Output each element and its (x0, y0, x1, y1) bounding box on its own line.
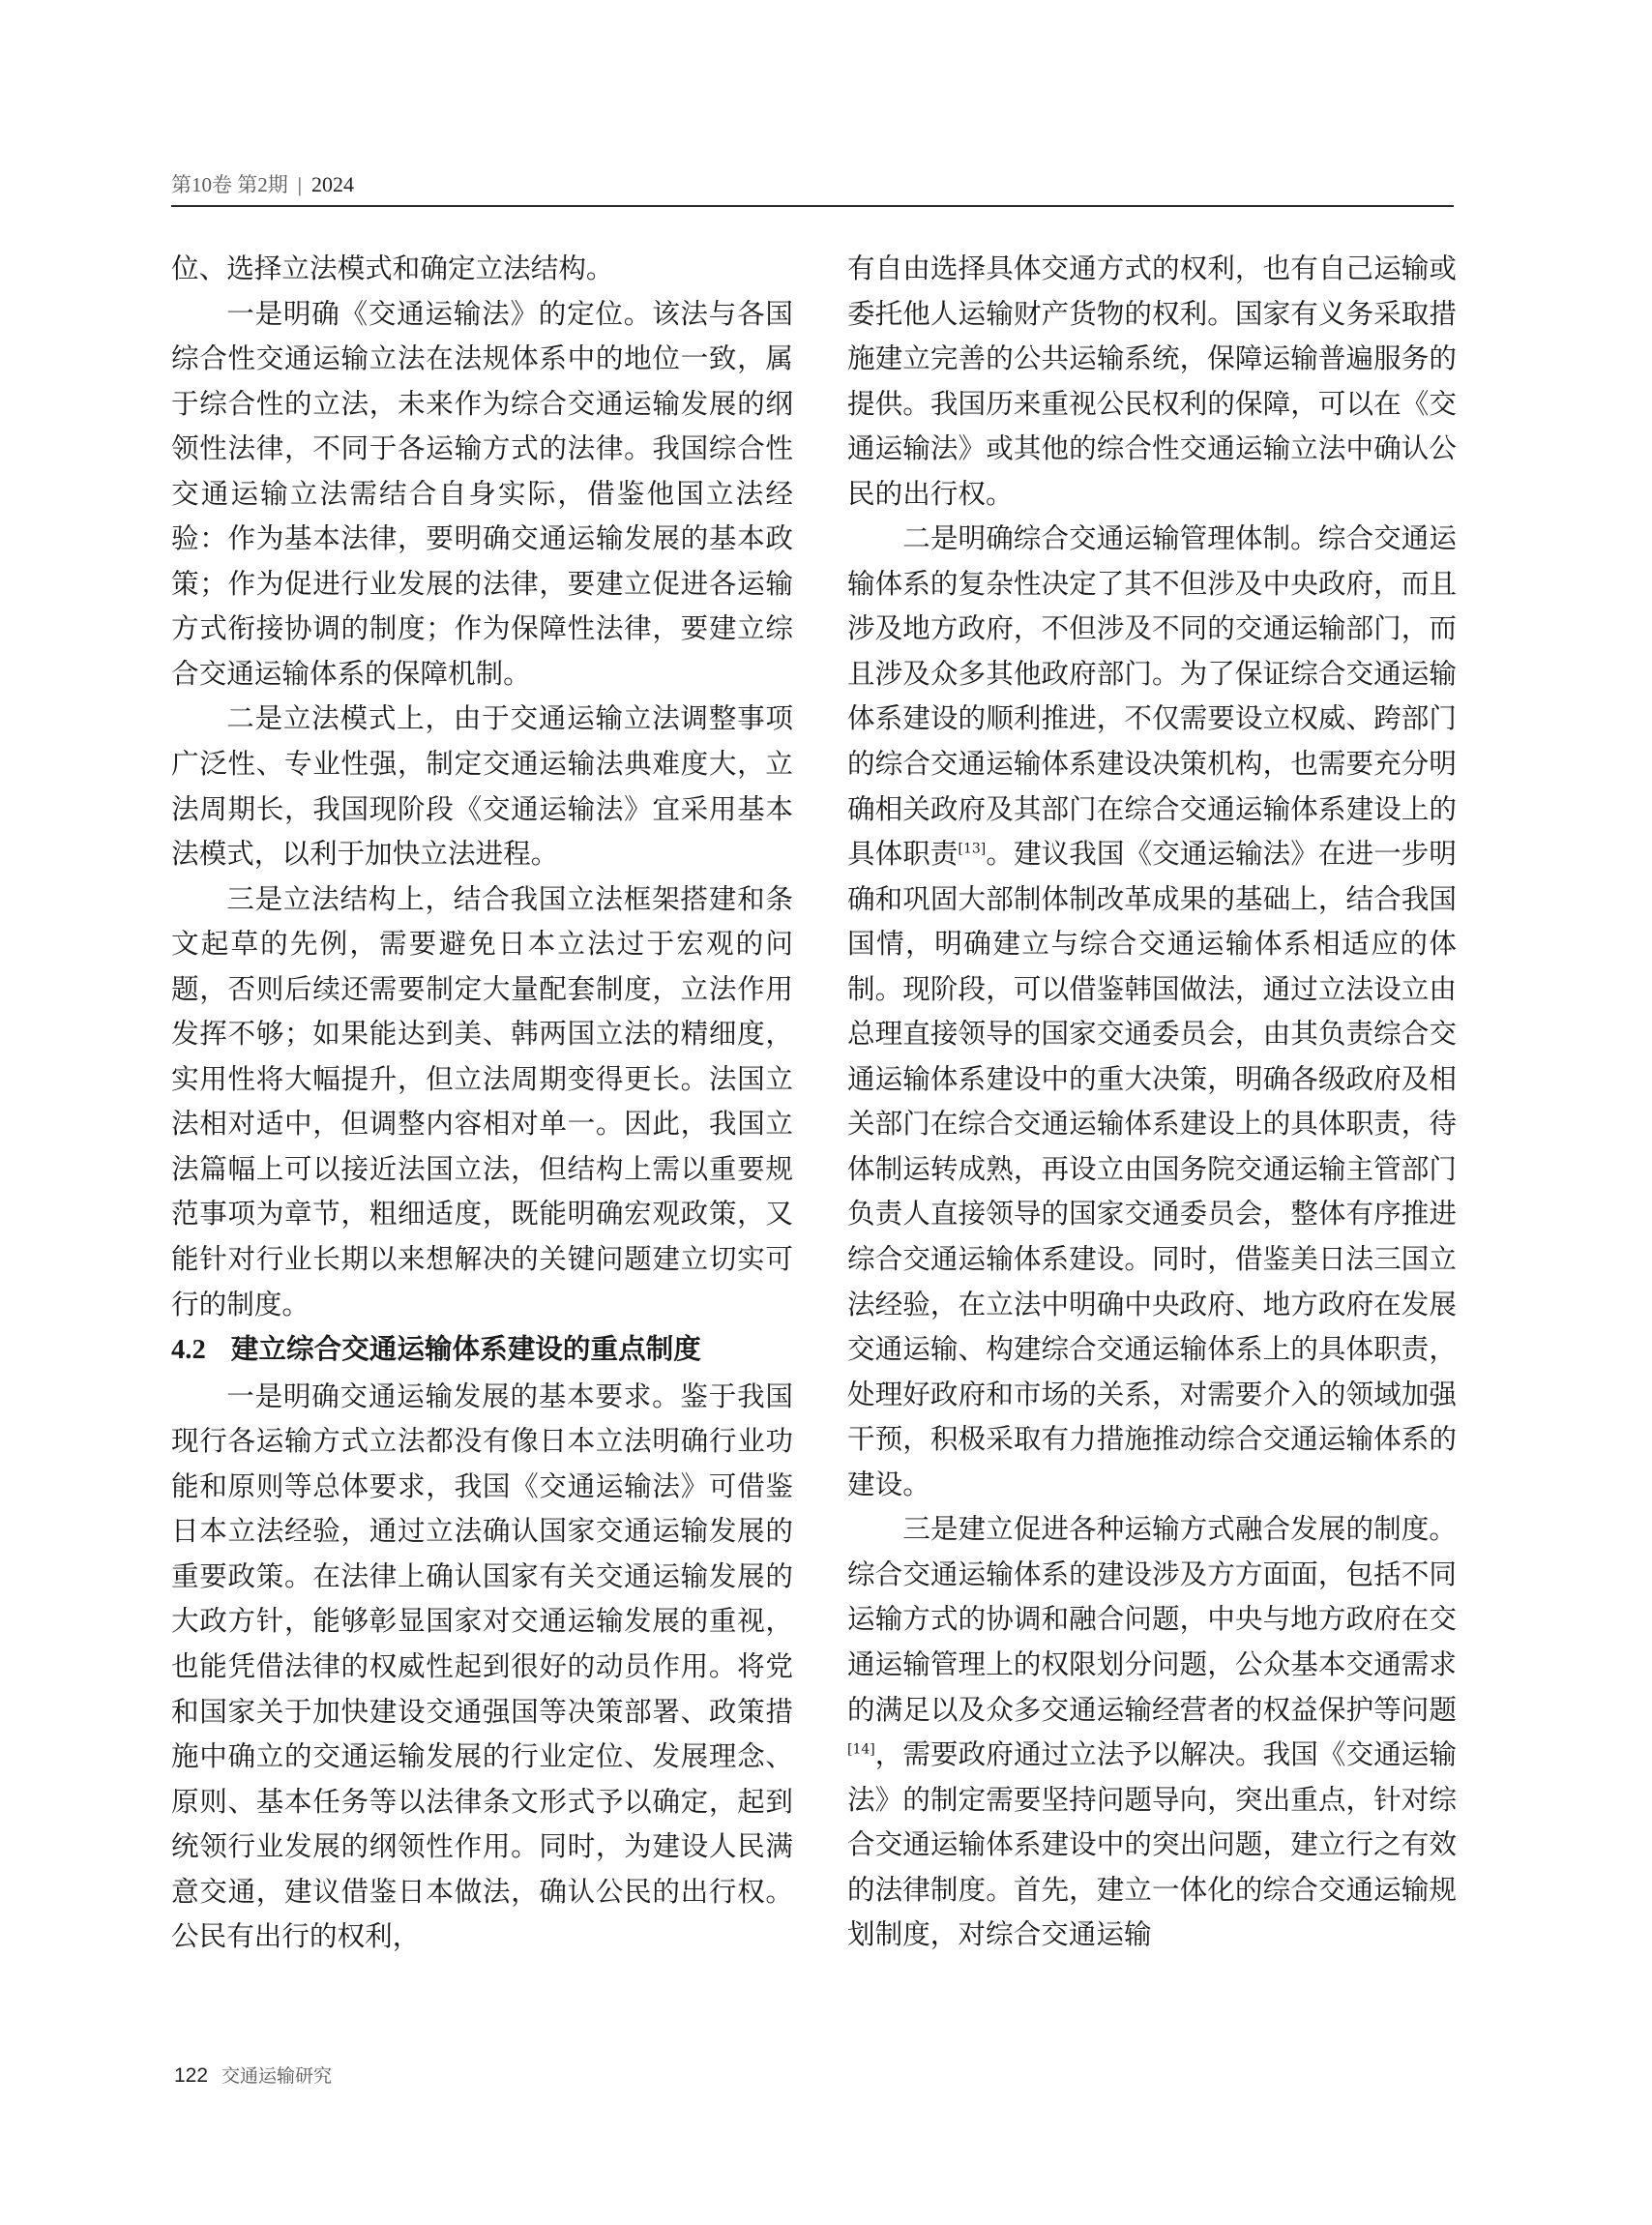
header-rule (171, 205, 1454, 207)
citation-14[interactable]: [14] (847, 1742, 875, 1758)
section-title: 建立综合交通运输体系建设的重点制度 (231, 1332, 701, 1365)
paragraph-continued: 位、选择立法模式和确定立法结构。 (171, 246, 793, 291)
paragraph-legal-positioning: 一是明确《交通运输法》的定位。该法与各国综合性交通运输立法在法规体系中的地位一致… (171, 291, 793, 697)
text-run: 二是明确综合交通运输管理体制。综合交通运输体系的复杂性决定了其不但涉及中央政府，… (847, 521, 1457, 870)
paragraph-legislative-model: 二是立法模式上，由于交通运输立法调整事项广泛性、专业性强，制定交通运输法典难度大… (171, 696, 793, 875)
paragraph-integrated-development: 三是建立促进各种运输方式融合发展的制度。综合交通运输体系的建设涉及方方面面，包括… (847, 1506, 1457, 1956)
running-header: 第10卷 第2期|2024 (171, 170, 1454, 205)
publication-year: 2024 (311, 172, 354, 196)
page-footer: 122交通运输研究 (174, 2061, 332, 2091)
paragraph-management-system: 二是明确综合交通运输管理体制。综合交通运输体系的复杂性决定了其不但涉及中央政府，… (847, 516, 1457, 1506)
paragraph-legislative-structure: 三是立法结构上，结合我国立法框架搭建和条文起草的先例，需要避免日本立法过于宏观的… (171, 876, 793, 1326)
paragraph-basic-requirements: 一是明确交通运输发展的基本要求。鉴于我国现行各运输方式立法都没有像日本立法明确行… (171, 1374, 793, 1959)
citation-13[interactable]: [13] (959, 842, 987, 857)
right-column: 有自由选择具体交通方式的权利，也有自己运输或委托他人运输财产货物的权利。国家有义… (847, 246, 1457, 1957)
section-number: 4.2 (171, 1335, 206, 1365)
header-separator: | (298, 173, 302, 196)
journal-name: 交通运输研究 (221, 2065, 332, 2087)
paragraph-continued: 有自由选择具体交通方式的权利，也有自己运输或委托他人运输财产货物的权利。国家有义… (847, 246, 1457, 516)
text-run: 三是建立促进各种运输方式融合发展的制度。综合交通运输体系的建设涉及方方面面，包括… (847, 1512, 1457, 1725)
section-heading: 4.2建立综合交通运输体系建设的重点制度 (171, 1326, 793, 1374)
text-run: ，需要政府通过立法予以解决。我国《交通运输法》的制定需要坚持问题导向，突出重点，… (847, 1737, 1457, 1950)
text-run: 。建议我国《交通运输法》在进一步明确和巩固大部制体制改革成果的基础上，结合我国国… (847, 837, 1457, 1500)
volume-issue: 第10卷 第2期 (171, 173, 288, 196)
page-number: 122 (174, 2064, 208, 2087)
left-column: 位、选择立法模式和确定立法结构。 一是明确《交通运输法》的定位。该法与各国综合性… (171, 246, 793, 1959)
